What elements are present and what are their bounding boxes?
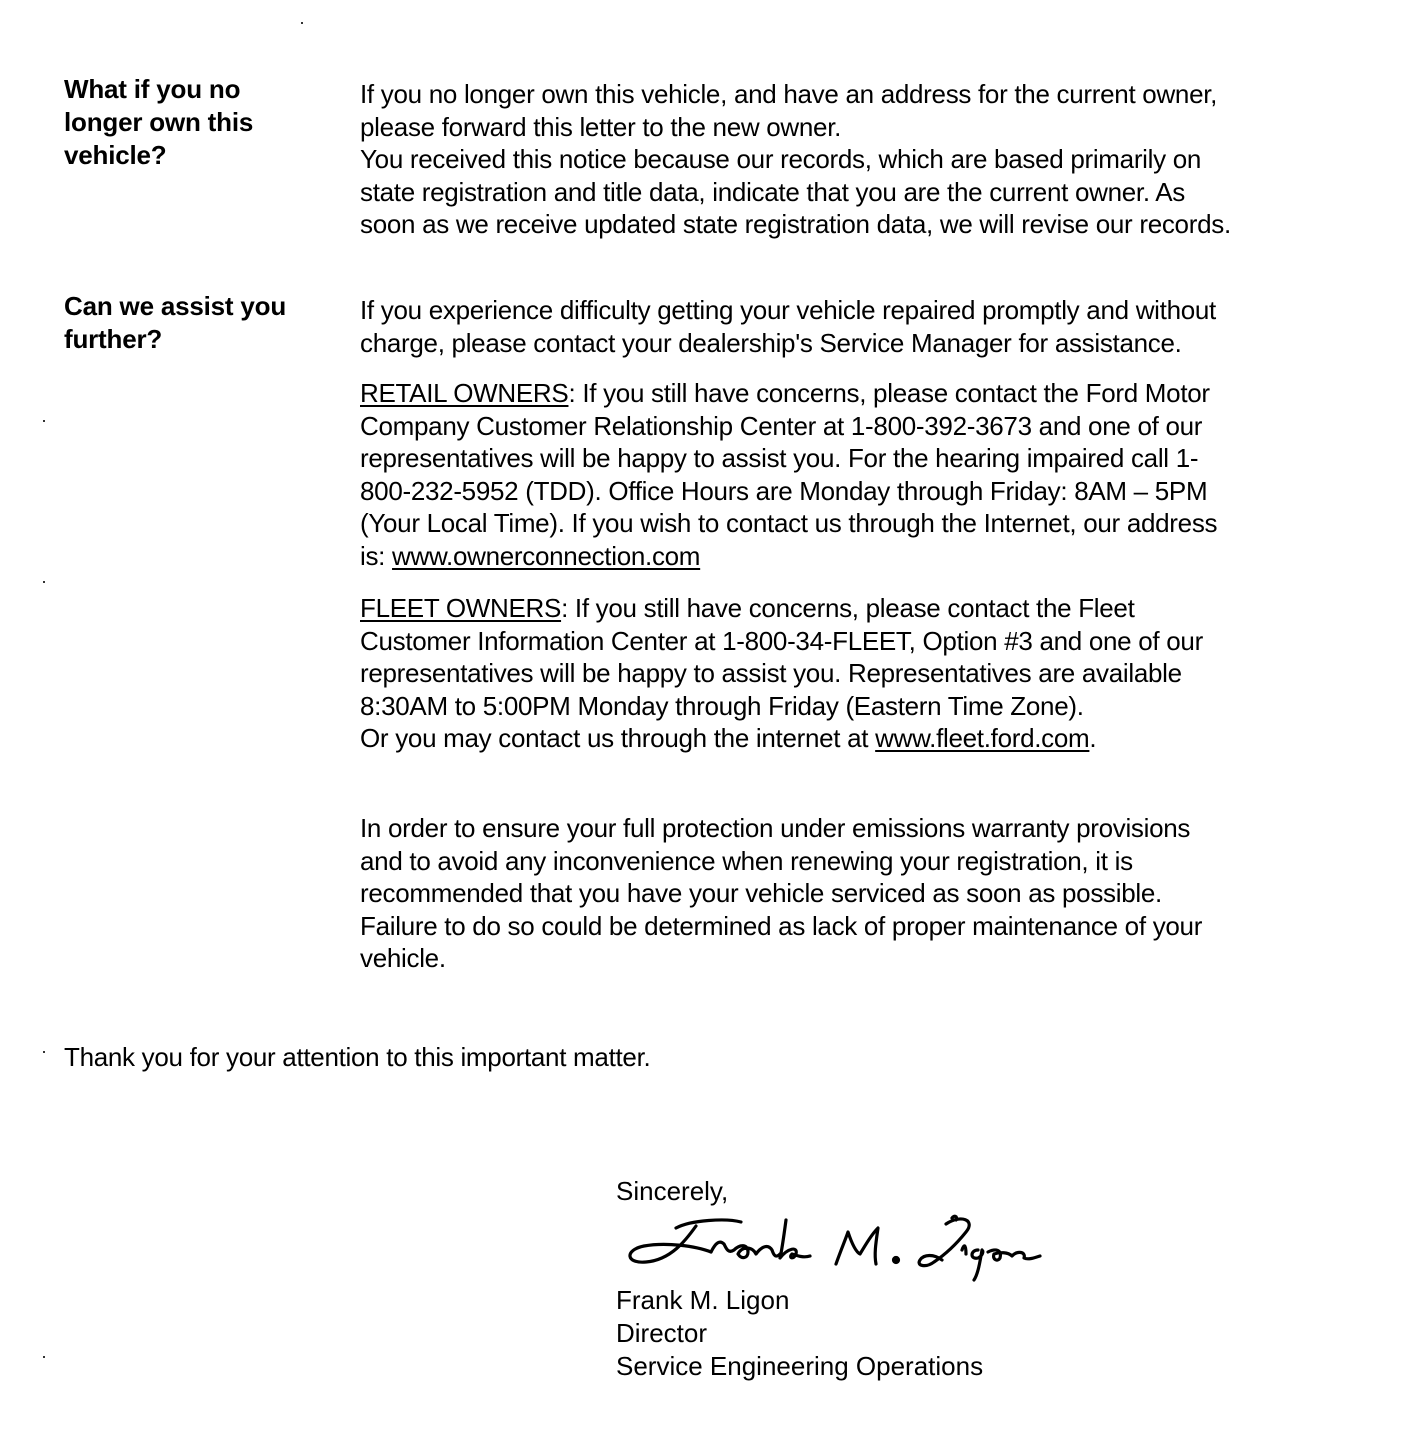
scan-speck — [43, 1051, 45, 1053]
body-line: vehicle. — [360, 942, 1360, 975]
fleet-owners-heading: FLEET OWNERS — [360, 593, 561, 623]
body-text: : If you still have concerns, please con… — [568, 378, 1209, 408]
body-line: FLEET OWNERS: If you still have concerns… — [360, 592, 1360, 625]
retail-owners-heading: RETAIL OWNERS — [360, 378, 568, 408]
assist-intro: If you experience difficulty getting you… — [360, 294, 1360, 359]
body-line: state registration and title data, indic… — [360, 176, 1360, 209]
warranty-paragraph: In order to ensure your full protection … — [360, 812, 1360, 975]
body-line: please forward this letter to the new ow… — [360, 111, 1360, 144]
scan-speck — [301, 22, 303, 24]
label-line: longer own this — [64, 106, 334, 139]
body-text: Or you may contact us through the intern… — [360, 723, 875, 753]
fleet-owners-paragraph: FLEET OWNERS: If you still have concerns… — [360, 592, 1360, 755]
signoff: Sincerely, — [616, 1175, 728, 1208]
body-line: charge, please contact your dealership's… — [360, 327, 1360, 360]
scan-speck — [43, 1356, 45, 1358]
body-line: representatives will be happy to assist … — [360, 657, 1360, 690]
body-line: Company Customer Relationship Center at … — [360, 410, 1360, 443]
body-line: If you experience difficulty getting you… — [360, 294, 1360, 327]
body-line: If you no longer own this vehicle, and h… — [360, 78, 1360, 111]
section-label-no-longer-own: What if you no longer own this vehicle? — [64, 73, 334, 172]
body-line: and to avoid any inconvenience when rene… — [360, 845, 1360, 878]
body-line: You received this notice because our rec… — [360, 143, 1360, 176]
body-text: is: — [360, 541, 392, 571]
fleet-ford-link[interactable]: www.fleet.ford.com — [875, 723, 1089, 753]
scan-speck — [43, 581, 45, 583]
label-line: vehicle? — [64, 139, 334, 172]
signer-department: Service Engineering Operations — [616, 1350, 983, 1383]
label-line: further? — [64, 323, 334, 356]
closing-line: Thank you for your attention to this imp… — [64, 1041, 650, 1074]
body-line: (Your Local Time). If you wish to contac… — [360, 507, 1360, 540]
body-line: 8:30AM to 5:00PM Monday through Friday (… — [360, 690, 1360, 723]
body-text: : If you still have concerns, please con… — [561, 593, 1134, 623]
label-line: Can we assist you — [64, 290, 334, 323]
signer-title: Director — [616, 1317, 983, 1350]
section-label-assist: Can we assist you further? — [64, 290, 334, 356]
section-body-no-longer-own: If you no longer own this vehicle, and h… — [360, 78, 1360, 241]
body-line: 800-232-5952 (TDD). Office Hours are Mon… — [360, 475, 1360, 508]
signer-block: Frank M. Ligon Director Service Engineer… — [616, 1284, 983, 1383]
body-text: . — [1089, 723, 1096, 753]
body-line: is: www.ownerconnection.com — [360, 540, 1360, 573]
body-line: soon as we receive updated state registr… — [360, 208, 1360, 241]
body-line: Failure to do so could be determined as … — [360, 910, 1360, 943]
handwritten-signature-icon — [616, 1210, 1056, 1290]
body-line: Or you may contact us through the intern… — [360, 722, 1360, 755]
body-line: recommended that you have your vehicle s… — [360, 877, 1360, 910]
body-line: In order to ensure your full protection … — [360, 812, 1360, 845]
retail-owners-paragraph: RETAIL OWNERS: If you still have concern… — [360, 377, 1360, 572]
label-line: What if you no — [64, 73, 334, 106]
body-line: representatives will be happy to assist … — [360, 442, 1360, 475]
signer-name: Frank M. Ligon — [616, 1284, 983, 1317]
scan-speck — [43, 420, 45, 422]
ownerconnection-link[interactable]: www.ownerconnection.com — [392, 541, 700, 571]
body-line: RETAIL OWNERS: If you still have concern… — [360, 377, 1360, 410]
letter-page: What if you no longer own this vehicle? … — [0, 0, 1408, 1450]
body-line: Customer Information Center at 1-800-34-… — [360, 625, 1360, 658]
